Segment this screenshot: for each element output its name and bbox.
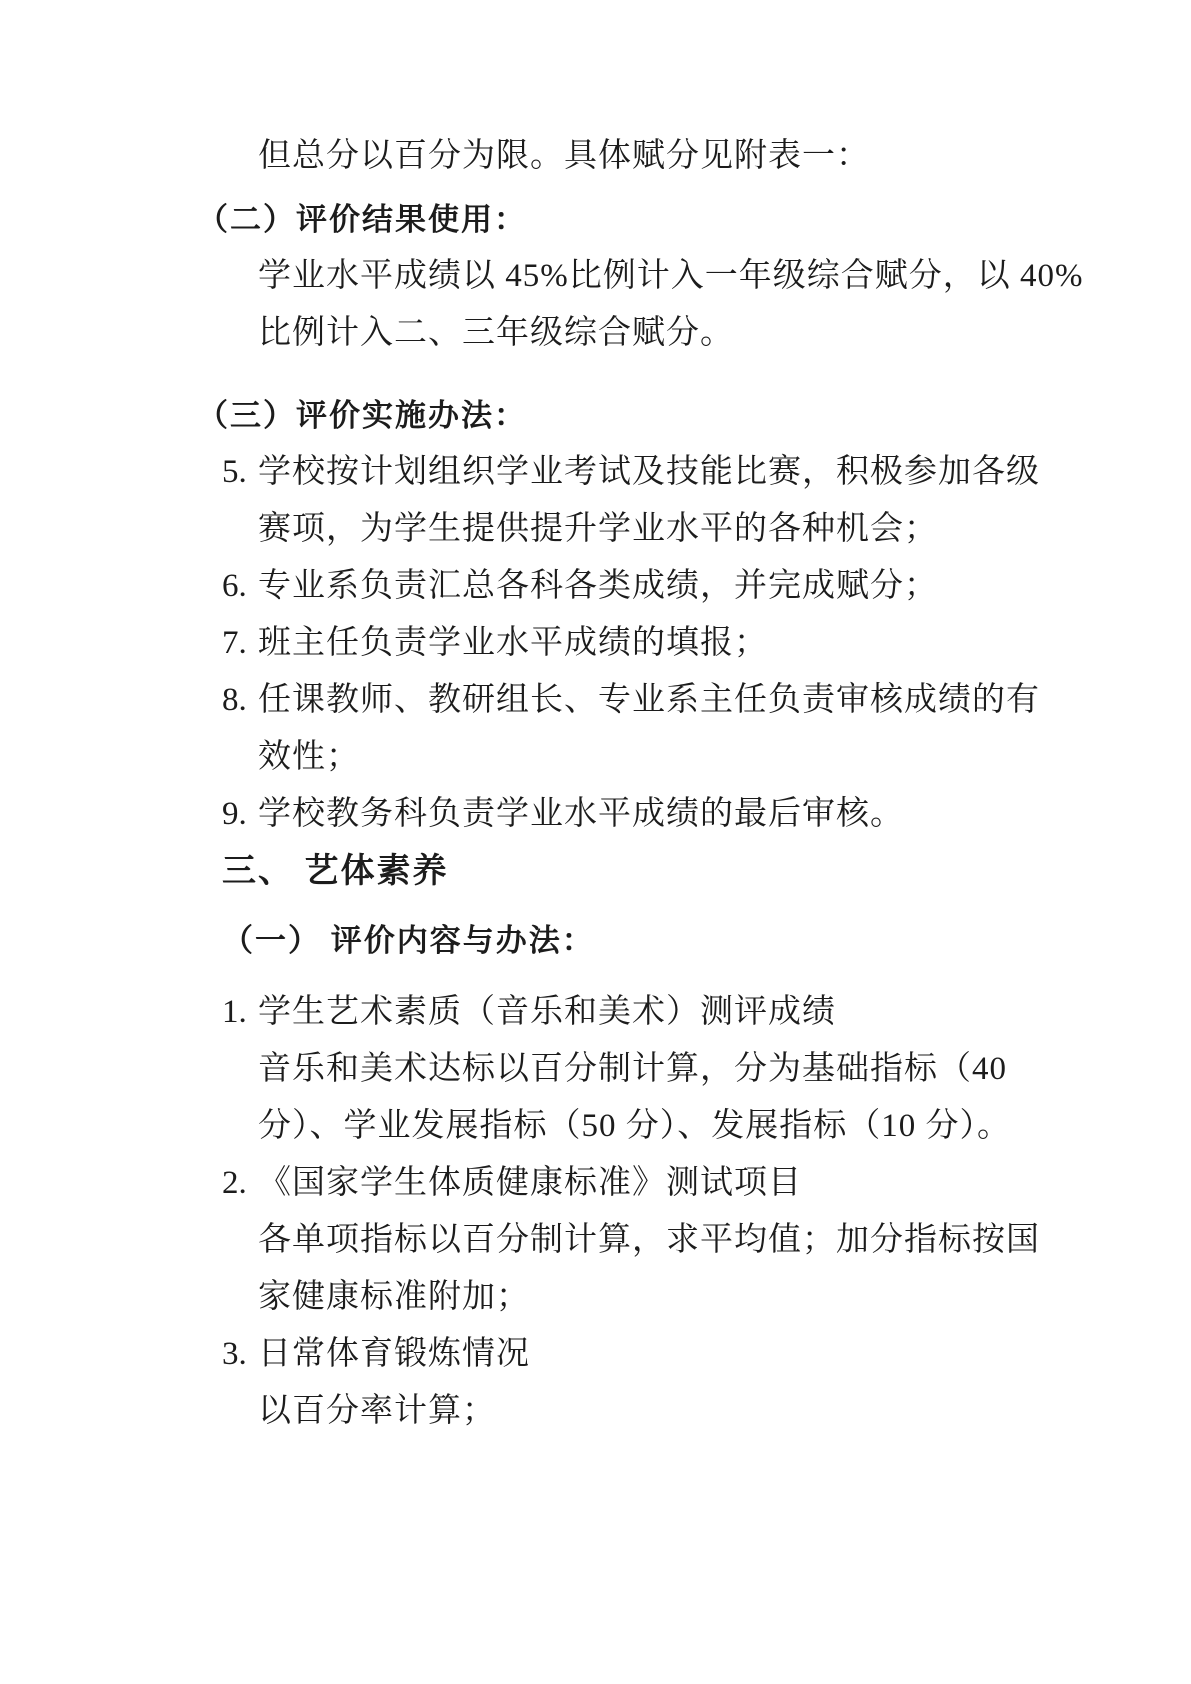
text-line: 以百分率计算；	[258, 1383, 1191, 1440]
text-line: 学校按计划组织学业考试及技能比赛，积极参加各级	[258, 444, 1191, 501]
heading-section-3: （三）评价实施办法：	[197, 387, 1191, 444]
text-line: 《国家学生体质健康标准》测试项目	[258, 1155, 1191, 1212]
text-line: 日常体育锻炼情况	[258, 1326, 1191, 1383]
heading-part-3-sub-1: （一） 评价内容与办法：	[222, 912, 1191, 969]
text-line: 任课教师、教研组长、专业系主任负责审核成绩的有	[258, 672, 1191, 729]
list-item-8: 8. 任课教师、教研组长、专业系主任负责审核成绩的有 效性；	[258, 672, 1191, 786]
text-line: 家健康标准附加；	[258, 1269, 1191, 1326]
text-line: 音乐和美术达标以百分制计算，分为基础指标（40	[258, 1041, 1191, 1098]
list-item-1: 1. 学生艺术素质（音乐和美术）测评成绩 音乐和美术达标以百分制计算，分为基础指…	[258, 984, 1191, 1155]
heading-section-2: （二）评价结果使用：	[197, 191, 1191, 248]
list-item-number: 5.	[222, 444, 247, 501]
list-item-7: 7. 班主任负责学业水平成绩的填报；	[258, 615, 1191, 672]
list-item-number: 6.	[222, 558, 247, 615]
text-line: 学业水平成绩以 45%比例计入一年级综合赋分，以 40%	[258, 248, 1191, 305]
text-line: 分）、学业发展指标（50 分）、发展指标（10 分）。	[258, 1098, 1191, 1155]
text-line: 效性；	[258, 729, 1191, 786]
list-item-detail: 音乐和美术达标以百分制计算，分为基础指标（40 分）、学业发展指标（50 分）、…	[258, 1041, 1191, 1155]
text-line: 但总分以百分为限。具体赋分见附表一：	[258, 128, 1191, 185]
list-item-6: 6. 专业系负责汇总各科各类成绩，并完成赋分；	[258, 558, 1191, 615]
text-line: 班主任负责学业水平成绩的填报；	[258, 615, 1191, 672]
list-item-number: 7.	[222, 615, 247, 672]
list-item-number: 2.	[222, 1155, 247, 1212]
text-line: 学生艺术素质（音乐和美术）测评成绩	[258, 984, 1191, 1041]
list-item-number: 1.	[222, 984, 247, 1041]
text-line: 比例计入二、三年级综合赋分。	[258, 305, 1191, 362]
list-item-5: 5. 学校按计划组织学业考试及技能比赛，积极参加各级 赛项，为学生提供提升学业水…	[258, 444, 1191, 558]
paragraph-intro: 但总分以百分为限。具体赋分见附表一：	[258, 128, 1191, 185]
list-item-number: 3.	[222, 1326, 247, 1383]
list-item-2: 2. 《国家学生体质健康标准》测试项目 各单项指标以百分制计算，求平均值；加分指…	[258, 1155, 1191, 1326]
list-item-detail: 以百分率计算；	[258, 1383, 1191, 1440]
text-line: 赛项，为学生提供提升学业水平的各种机会；	[258, 501, 1191, 558]
list-item-detail: 各单项指标以百分制计算，求平均值；加分指标按国 家健康标准附加；	[258, 1212, 1191, 1326]
list-item-number: 8.	[222, 672, 247, 729]
text-line: 各单项指标以百分制计算，求平均值；加分指标按国	[258, 1212, 1191, 1269]
list-item-9: 9. 学校教务科负责学业水平成绩的最后审核。	[258, 786, 1191, 843]
text-line: 学校教务科负责学业水平成绩的最后审核。	[258, 786, 1191, 843]
list-item-number: 9.	[222, 786, 247, 843]
text-line: 专业系负责汇总各科各类成绩，并完成赋分；	[258, 558, 1191, 615]
document-page: 但总分以百分为限。具体赋分见附表一： （二）评价结果使用： 学业水平成绩以 45…	[0, 0, 1191, 1684]
paragraph-section-2-body: 学业水平成绩以 45%比例计入一年级综合赋分，以 40% 比例计入二、三年级综合…	[258, 248, 1191, 362]
heading-part-3: 三、 艺体素养	[222, 843, 1191, 900]
list-item-3: 3. 日常体育锻炼情况 以百分率计算；	[258, 1326, 1191, 1440]
